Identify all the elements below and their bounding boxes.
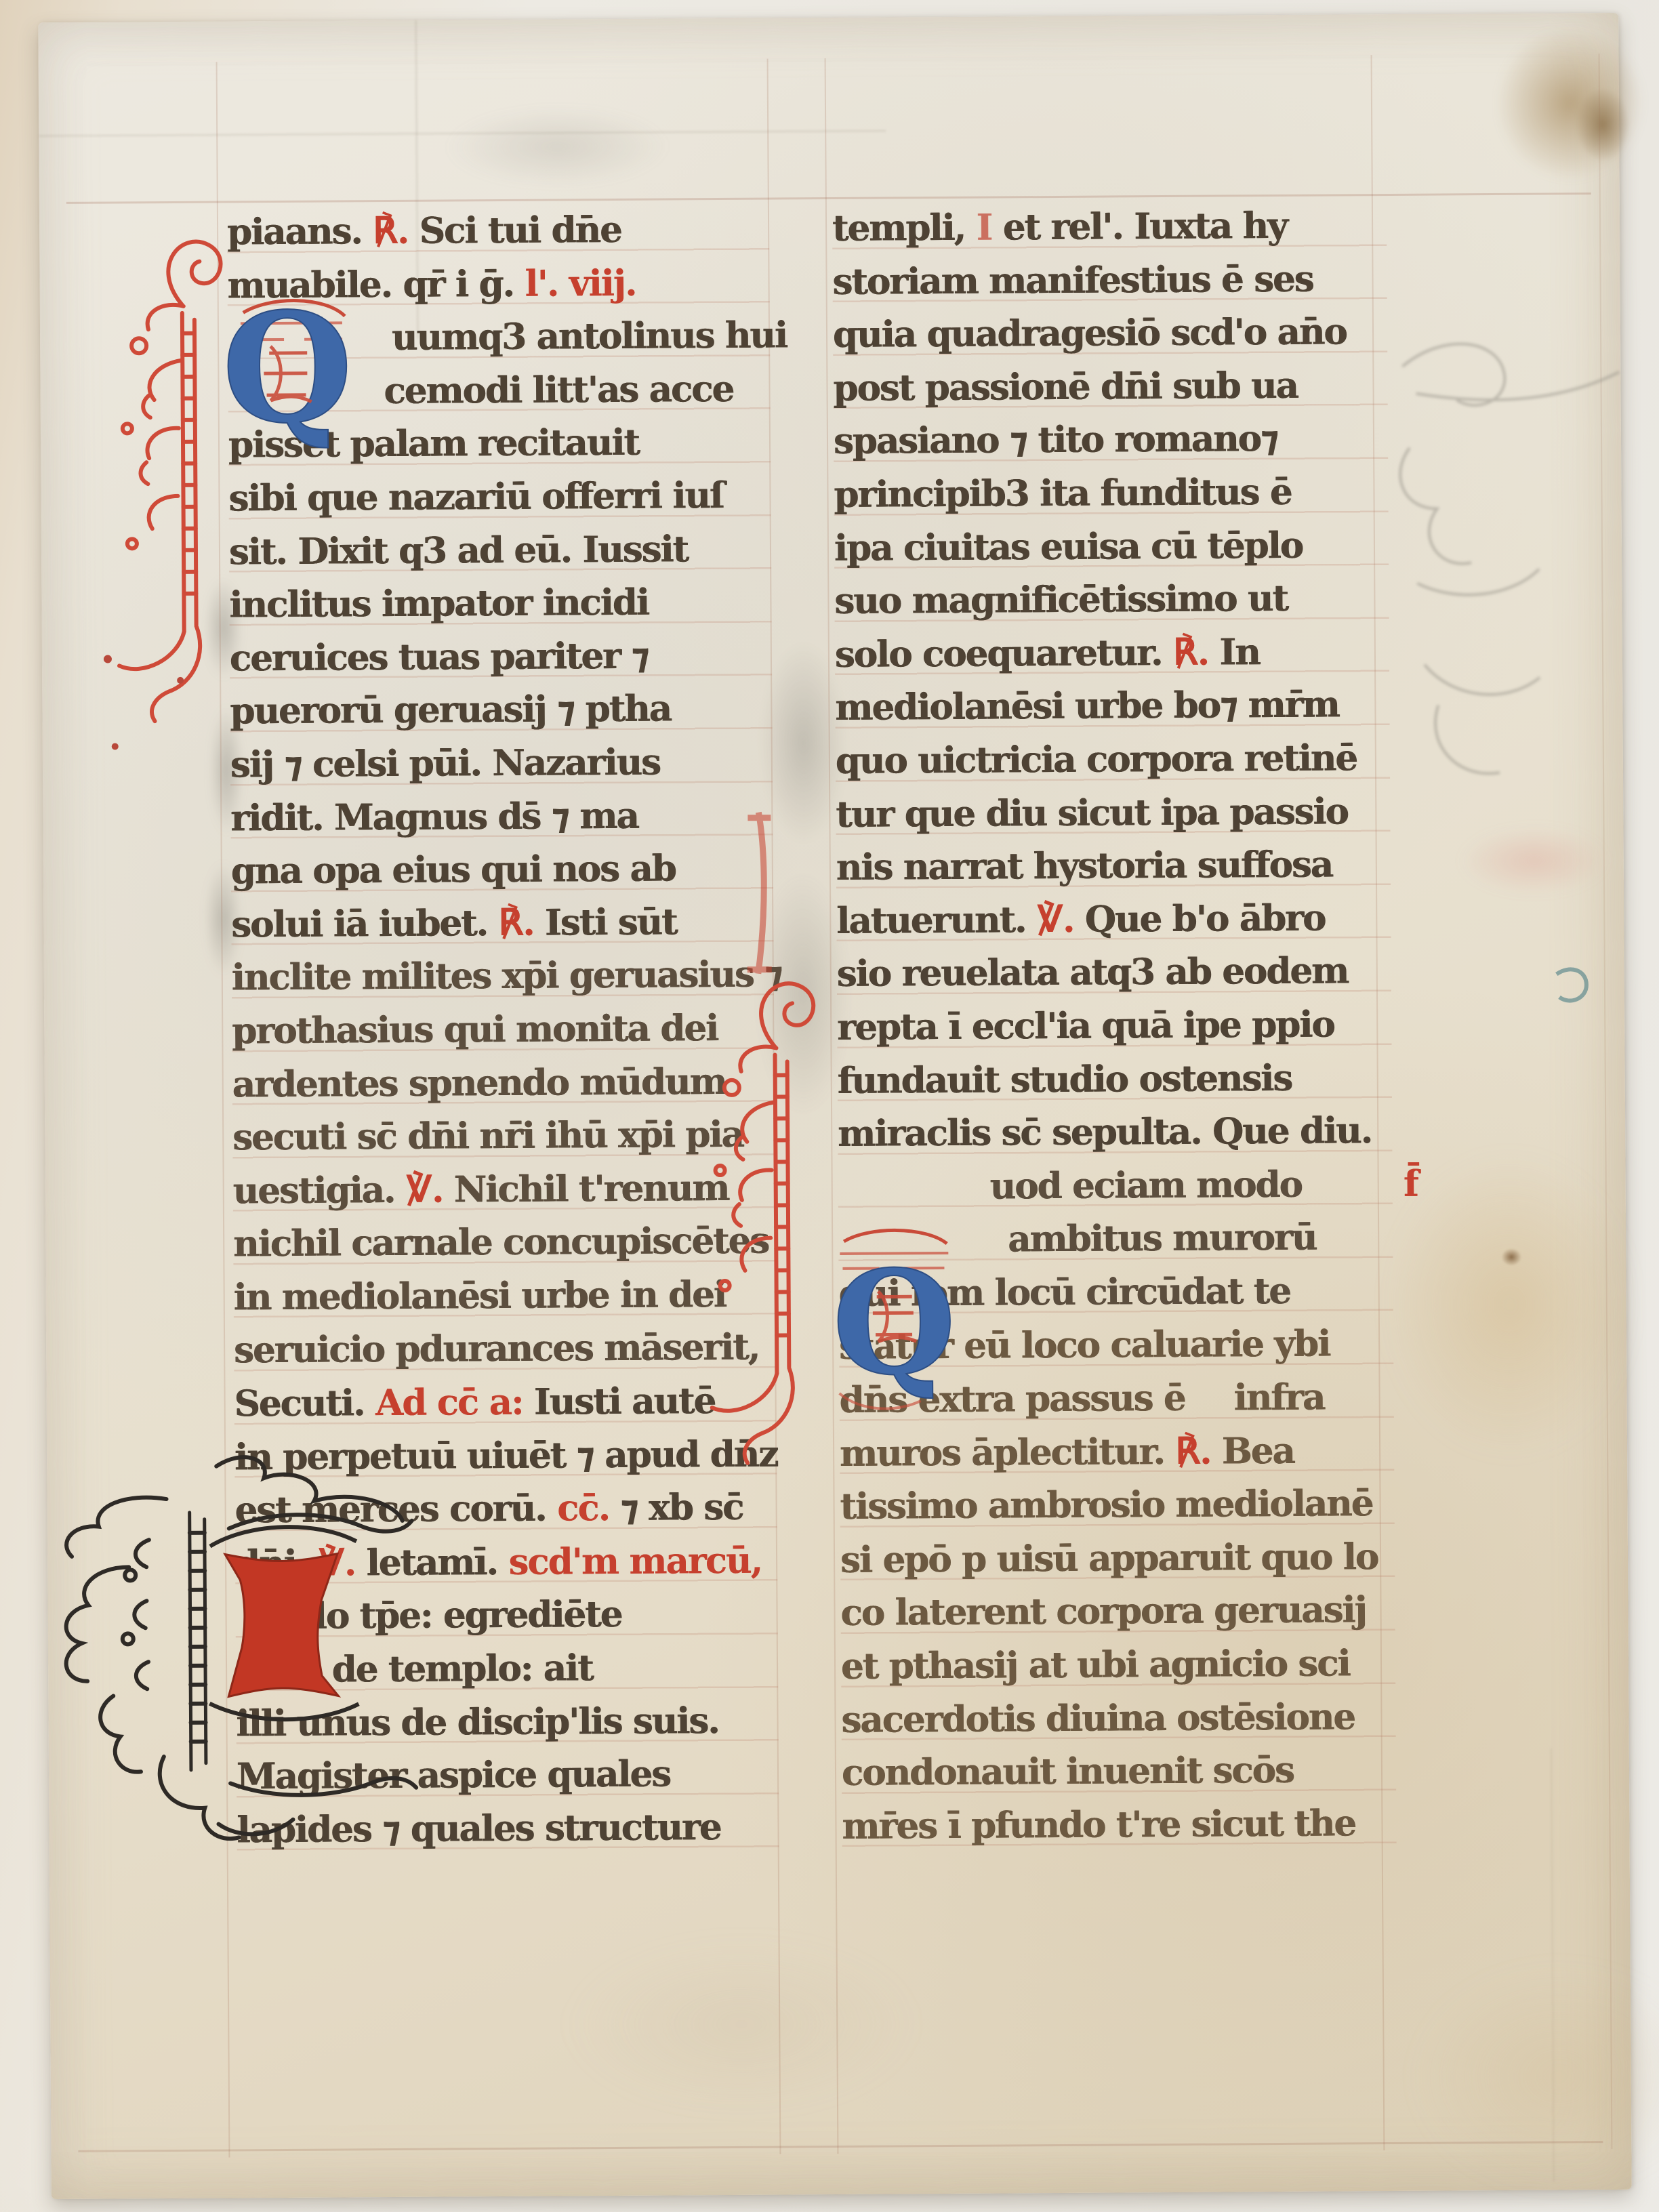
text-run: qui ipm locū circūdat te	[839, 1270, 1291, 1315]
text-line: seruicio pdurances māserit,	[234, 1321, 776, 1377]
rubric-run: f̄	[1404, 1162, 1418, 1204]
text-line: ridit. Magnus ds̄ ⁊ ma	[230, 788, 773, 844]
text-line: sit. Dixit q3 ad eū. Iussit	[229, 522, 771, 578]
rubric-run: ℣.	[319, 1542, 367, 1584]
text-run: uumq3 antolinus hui	[392, 314, 787, 359]
rubric-run: ℣.	[406, 1168, 454, 1210]
text-line: ihū de templo: ait	[236, 1641, 778, 1697]
text-run: storiam manifestius ē ses	[832, 258, 1313, 302]
text-run: N illo tp̄e: egrediēte	[246, 1593, 621, 1637]
text-run: dn̄i.	[235, 1542, 319, 1585]
red-dot	[177, 677, 184, 684]
text-run: et rel'. Iuxta hy	[991, 205, 1287, 249]
text-run: cemodi litt'as acce	[384, 368, 733, 412]
rubric-run: ℟.	[1175, 1430, 1222, 1472]
text-run: Sci tui dn̄e	[419, 209, 621, 252]
text-line: in perpetuū uiuēt ⁊ apud dn̄z	[234, 1427, 777, 1483]
text-run: ceruices tuas pariter ⁊	[230, 634, 649, 679]
text-run: solui iā iubet.	[231, 902, 499, 945]
text-line: templi, I et rel'. Iuxta hy	[832, 199, 1387, 255]
text-run: sio reuelata atq3 ab eodem	[837, 950, 1349, 996]
text-run: dn̄s extra passus ē	[839, 1377, 1185, 1421]
text-run: gna opa eius qui nos ab	[231, 848, 676, 893]
text-line: puerorū geruasij ⁊ ptha	[230, 682, 772, 738]
text-run: solo coequaretur.	[835, 632, 1173, 676]
text-run: Que b'o ābro	[1085, 897, 1326, 940]
text-run: repta ī eccl'ia quā ipe ppio	[837, 1003, 1334, 1048]
text-run: condonauit inuenit scōs	[842, 1749, 1294, 1794]
rubric-run: cc̄.	[557, 1487, 621, 1530]
text-run: ipa ciuitas euisa cū tēplo	[834, 524, 1303, 569]
crease-line	[39, 130, 886, 138]
text-run: ihū de templo: ait	[259, 1647, 593, 1691]
text-line: quia quadragesiō scd'o an̄o	[833, 305, 1387, 362]
text-run: sibi que nazariū offerri iuſ	[228, 474, 724, 519]
text-run: inclite milites xp̄i geruasius ⁊	[232, 954, 782, 999]
text-run: muros āplectitur.	[840, 1431, 1176, 1475]
text-line: uod eciam modof̄	[838, 1158, 1392, 1214]
text-line: solui iā iubet. ℟. Isti sūt	[231, 895, 773, 951]
text-line: secuti sc̄ dn̄i nr̄i ihū xp̄i pia	[232, 1108, 775, 1164]
text-line: si epō p uisū apparuit quo lo	[840, 1530, 1395, 1587]
text-run: fundauit studio ostensis	[838, 1057, 1292, 1101]
text-line: solo coequaretur. ℟. In	[835, 625, 1389, 682]
text-line: prothasius qui monita dei	[232, 1001, 774, 1057]
text-line: statur eū loco caluarie ybi	[839, 1317, 1393, 1374]
text-line: ipa ciuitas euisa cū tēplo	[834, 518, 1389, 575]
text-run: Nichil t'renum	[454, 1167, 729, 1210]
text-run: In	[1219, 631, 1260, 673]
text-line: principib3 ita funditus ē	[834, 465, 1388, 522]
text-line: inclite milites xp̄i geruasius ⁊	[232, 948, 774, 1004]
text-run: templi,	[832, 207, 977, 249]
text-run: post passionē dn̄i sub ua	[833, 365, 1298, 409]
text-line: cemodi litt'as acce	[228, 362, 770, 418]
text-line: piaans. ℟. Sci tui dn̄e	[227, 203, 769, 259]
text-run: Isti sūt	[545, 901, 677, 943]
text-run: Secuti.	[234, 1382, 375, 1425]
text-run: miraclis sc̄ sepulta. Que diu.	[838, 1109, 1372, 1155]
text-run: sit. Dixit q3 ad eū. Iussit	[229, 528, 689, 573]
text-line: illi unus de discip'lis suis.	[236, 1694, 778, 1750]
text-line: inclitus impator incidi	[229, 575, 771, 632]
text-run: mr̄es ī pfundo t're sicut the	[842, 1802, 1355, 1847]
text-line: muabile. qr̄ i ḡ. l'. viij.	[227, 255, 769, 312]
ruling-horizontal	[78, 2141, 1603, 2152]
text-run: in perpetuū uiuēt ⁊ apud dn̄z	[234, 1433, 778, 1478]
text-run: piaans.	[227, 210, 373, 253]
text-run: nichil carnale concupiscētes	[233, 1220, 769, 1265]
text-run: uestigia.	[233, 1169, 407, 1212]
text-run: muabile. qr̄ i ḡ.	[227, 262, 525, 306]
text-run: ardentes spnendo mūdum	[232, 1060, 726, 1105]
text-line: uumq3 antolinus hui	[228, 309, 770, 365]
rubric-run: ℣.	[1037, 898, 1085, 940]
rubric-run: ℟.	[1173, 631, 1220, 673]
text-run: suo magnificētissimo ut	[834, 577, 1288, 622]
text-run: illi unus de discip'lis suis.	[236, 1700, 719, 1744]
text-run: in mediolanēsi urbe in dei	[234, 1273, 726, 1318]
text-line: mediolanēsi urbe bo⁊ mr̄m	[835, 678, 1389, 735]
top-margin-smudge	[445, 105, 670, 188]
text-run: Iusti autē	[534, 1380, 716, 1423]
text-line: co laterent corpora geruasij	[840, 1583, 1395, 1640]
text-run: puerorū geruasij ⁊ ptha	[230, 688, 671, 733]
text-run: co laterent corpora geruasij	[840, 1589, 1366, 1635]
text-line: mr̄es ī pfundo t're sicut the	[842, 1797, 1396, 1853]
text-line: suo magnificētissimo ut	[834, 571, 1389, 628]
text-run: tissimo ambrosio mediolanē	[840, 1482, 1372, 1528]
text-line: nis narrat hystoria suffosa	[836, 838, 1391, 895]
right-edge-stain	[1383, 1151, 1636, 1458]
text-line: quo uictricia corpora retinē	[836, 731, 1390, 788]
text-run: ambitus murorū	[1008, 1216, 1317, 1261]
red-dot	[104, 655, 112, 663]
text-line: est merces corū. cc̄. ⁊ xb sc̄	[234, 1481, 777, 1537]
text-line: ardentes spnendo mūdum	[232, 1054, 775, 1111]
text-line: Secuti. Ad cc̄ a: Iusti autē	[234, 1374, 776, 1431]
text-line: miraclis sc̄ sepulta. Que diu.	[838, 1104, 1392, 1161]
rubric-run: Ad cc̄ a:	[375, 1381, 534, 1424]
show-through-flourish	[1399, 343, 1622, 774]
rubric-run: scd'm marcū,	[508, 1540, 762, 1583]
text-run: quia quadragesiō scd'o an̄o	[833, 311, 1347, 356]
text-line: nichil carnale concupiscētes	[233, 1214, 775, 1271]
text-run: infra	[1233, 1376, 1324, 1419]
rubric-run: ℟.	[373, 210, 419, 252]
text-line: uestigia. ℣. Nichil t'renum	[233, 1161, 775, 1217]
bottom-stain	[565, 1935, 918, 2113]
text-line: storiam manifestius ē ses	[832, 252, 1387, 309]
text-run: principib3 ita funditus ē	[834, 471, 1292, 516]
text-run: quo uictricia corpora retinē	[836, 737, 1357, 782]
text-line: sij ⁊ celsi pūi. Nazarius	[230, 735, 773, 791]
text-line: ambitus murorū	[838, 1210, 1393, 1267]
ruling-vertical	[1599, 54, 1613, 2149]
text-line: pisset palam recitauit	[228, 415, 771, 472]
teal-mark	[1557, 969, 1586, 1000]
rubric-run: I	[976, 207, 991, 249]
red-dot	[112, 743, 119, 750]
text-column-right: templi, I et rel'. Iuxta hystoriam manif…	[832, 199, 1397, 1853]
text-run: sacerdotis diuina ostēsione	[841, 1696, 1355, 1741]
vellum-leaf: piaans. ℟. Sci tui dn̄emuabile. qr̄ i ḡ…	[38, 13, 1632, 2199]
text-run: pisset palam recitauit	[228, 422, 639, 466]
text-run: sij ⁊ celsi pūi. Nazarius	[230, 741, 660, 786]
text-line: condonauit inuenit scōs	[842, 1743, 1396, 1800]
text-run: tur que diu sicut ipa passio	[836, 790, 1348, 836]
text-run: prothasius qui monita dei	[232, 1007, 718, 1052]
text-line: tur que diu sicut ipa passio	[836, 785, 1390, 842]
text-line: ceruices tuas pariter ⁊	[230, 628, 772, 684]
text-run: seruicio pdurances māserit,	[234, 1326, 759, 1372]
text-line: fundauit studio ostensis	[838, 1050, 1392, 1107]
text-line: latuerunt. ℣. Que b'o ābro	[836, 891, 1391, 948]
text-run: est merces corū.	[234, 1488, 557, 1532]
text-run: Magister aspice quales	[237, 1753, 670, 1798]
text-column-left: piaans. ℟. Sci tui dn̄emuabile. qr̄ i ḡ…	[227, 203, 779, 1857]
text-run: mediolanēsi urbe bo⁊ mr̄m	[835, 684, 1339, 729]
text-line: post passionē dn̄i sub ua	[833, 359, 1387, 415]
rubric-run: l'. viij.	[525, 262, 636, 304]
text-line: sio reuelata atq3 ab eodem	[837, 944, 1391, 1001]
text-line: tissimo ambrosio mediolanē	[840, 1477, 1394, 1534]
text-run: et pthasij at ubi agnicio sci	[841, 1642, 1350, 1687]
text-run: statur eū loco caluarie ybi	[839, 1323, 1330, 1368]
text-run: spasiano ⁊ tito romano⁊	[834, 417, 1278, 462]
ink-spot	[1501, 1248, 1521, 1266]
text-line: et pthasij at ubi agnicio sci	[841, 1637, 1395, 1694]
text-line: spasiano ⁊ tito romano⁊	[834, 411, 1388, 468]
text-line: in mediolanēsi urbe in dei	[233, 1267, 775, 1324]
red-pigment-smudge	[1460, 826, 1610, 895]
text-run: uod eciam modo	[990, 1163, 1303, 1207]
text-run: inclitus impator incidi	[229, 581, 649, 626]
text-line: lapides ⁊ quales structure	[237, 1800, 779, 1856]
text-line: gna opa eius qui nos ab	[231, 842, 773, 898]
text-line: repta ī eccl'ia quā ipe ppio	[837, 998, 1391, 1054]
text-run: si epō p uisū apparuit quo lo	[840, 1536, 1378, 1581]
text-run: ⁊ xb sc̄	[620, 1486, 743, 1529]
text-run: lapides ⁊ quales structure	[237, 1806, 721, 1851]
text-line: sibi que nazariū offerri iuſ	[228, 469, 771, 525]
text-line: dn̄s extra passus ēinfra	[839, 1370, 1393, 1427]
photograph-of-manuscript-leaf: piaans. ℟. Sci tui dn̄emuabile. qr̄ i ḡ…	[0, 0, 1659, 2212]
text-line: qui ipm locū circūdat te	[838, 1264, 1393, 1321]
text-line: muros āplectitur. ℟. Bea	[840, 1424, 1394, 1481]
text-run: nis narrat hystoria suffosa	[836, 844, 1333, 888]
text-run: latuerunt.	[836, 899, 1037, 942]
rubric-run: ℟.	[498, 901, 545, 943]
text-run: ridit. Magnus ds̄ ⁊ ma	[230, 794, 638, 839]
text-run: letamī.	[366, 1541, 508, 1584]
text-line: N illo tp̄e: egrediēte	[235, 1587, 777, 1643]
crease-line	[1551, 1748, 1555, 2182]
bottom-right-stain	[1412, 1964, 1659, 2190]
leaf-surface: piaans. ℟. Sci tui dn̄emuabile. qr̄ i ḡ…	[38, 13, 1632, 2199]
text-line: dn̄i. ℣. letamī. scd'm marcū,	[235, 1534, 777, 1590]
text-line: Magister aspice quales	[237, 1747, 779, 1803]
text-line: sacerdotis diuina ostēsione	[841, 1690, 1395, 1747]
text-run: secuti sc̄ dn̄i nr̄i ihū xp̄i pia	[232, 1113, 743, 1159]
text-run: Bea	[1222, 1430, 1294, 1473]
